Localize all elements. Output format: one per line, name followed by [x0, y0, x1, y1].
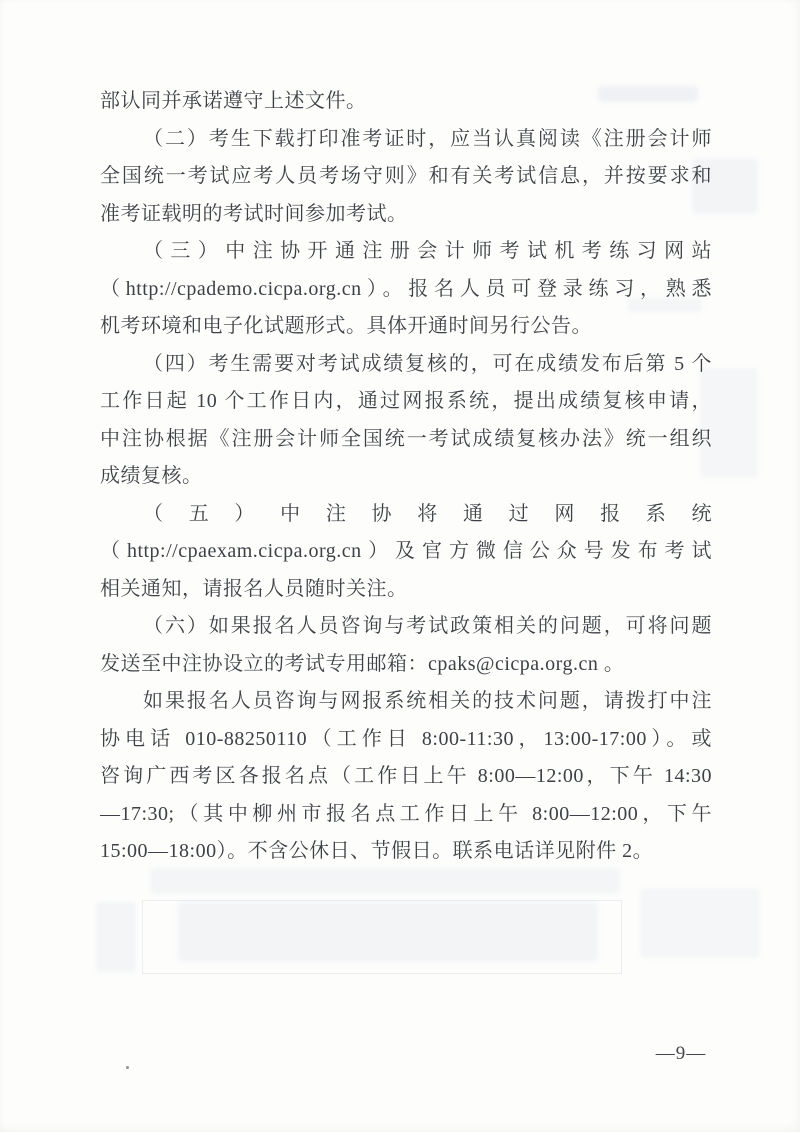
text-line: 工作日起 10 个工作日内，通过网报系统，提出成绩复核申请， [100, 383, 712, 421]
text-line: 全国统一考试应考人员考场守则》和有关考试信息，并按要求和 [100, 158, 712, 196]
document-body-text: 部认同并承诺遵守上述文件。 （二）考生下载打印准考证时，应当认真阅读《注册会计师… [100, 83, 712, 871]
bleedthrough-table-outline [142, 900, 622, 974]
text-line: 相关通知，请报名人员随时关注。 [100, 571, 712, 609]
text-line: 15:00—18:00）。不含公休日、节假日。联系电话详见附件 2。 [100, 833, 712, 871]
text-line: —17:30;（其中柳州市报名点工作日上午 8:00—12:00，下午 [100, 796, 712, 834]
text-line: （五）中注协将通过网报系统 [100, 496, 712, 534]
bleedthrough-artifact [178, 902, 598, 962]
text-line: （三）中注协开通注册会计师考试机考练习网站 [100, 233, 712, 271]
text-line: 部认同并承诺遵守上述文件。 [100, 83, 712, 121]
text-line: （二）考生下载打印准考证时，应当认真阅读《注册会计师 [100, 121, 712, 159]
text-line: 发送至中注协设立的考试专用邮箱：cpaks@cicpa.org.cn 。 [100, 646, 712, 684]
bleedthrough-artifact [150, 868, 620, 894]
text-line: 协电话 010-88250110（工作日 8:00-11:30，13:00-17… [100, 721, 712, 759]
text-line: （四）考生需要对考试成绩复核的，可在成绩发布后第 5 个 [100, 346, 712, 384]
bleedthrough-artifact [96, 902, 136, 972]
scan-speck [126, 1066, 129, 1069]
text-line: （六）如果报名人员咨询与考试政策相关的问题，可将问题 [100, 608, 712, 646]
text-line: 机考环境和电子化试题形式。具体开通时间另行公告。 [100, 308, 712, 346]
text-line: （http://cpademo.cicpa.org.cn）。报名人员可登录练习，… [100, 271, 712, 309]
text-line: 准考证载明的考试时间参加考试。 [100, 196, 712, 234]
bleedthrough-artifact [640, 888, 760, 958]
text-line: 中注协根据《注册会计师全国统一考试成绩复核办法》统一组织 [100, 421, 712, 459]
scanned-document-page: 部认同并承诺遵守上述文件。 （二）考生下载打印准考证时，应当认真阅读《注册会计师… [0, 0, 800, 1132]
text-line: 咨询广西考区各报名点（工作日上午 8:00—12:00，下午 14:30 [100, 758, 712, 796]
page-number: —9— [652, 1043, 710, 1071]
text-line: （http://cpaexam.cicpa.org.cn）及官方微信公众号发布考… [100, 533, 712, 571]
text-line: 成绩复核。 [100, 458, 712, 496]
text-line: 如果报名人员咨询与网报系统相关的技术问题，请拨打中注 [100, 683, 712, 721]
